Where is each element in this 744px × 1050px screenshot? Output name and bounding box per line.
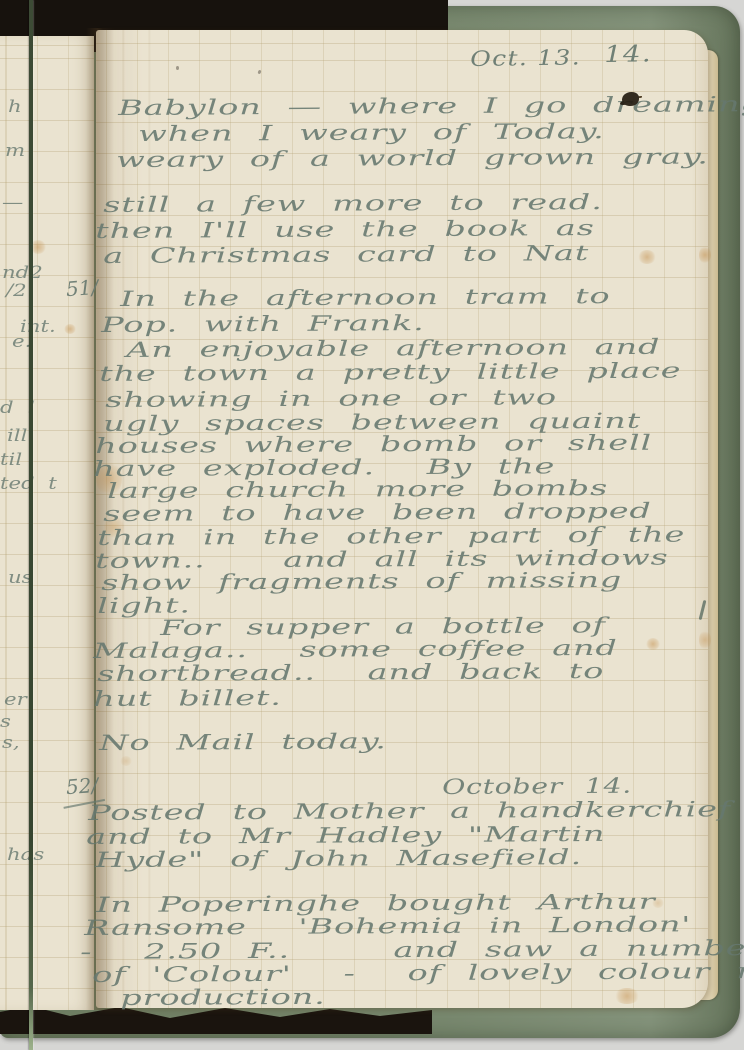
handwriting-line: houses where bomb or shell	[95, 431, 652, 458]
handwriting-line: light.	[97, 593, 191, 618]
margin-entry-number: 51/	[65, 275, 99, 301]
entry-date-header: Oct. 13.	[470, 45, 581, 71]
handwriting-line: shortbread.. and back to	[97, 659, 604, 686]
bookmark-string	[29, 0, 33, 1050]
handwriting-line: show fragments of missing	[101, 568, 622, 595]
handwriting-line: then I'll use the book as	[95, 216, 595, 243]
handwriting-line: Babylon — where I go dreaming	[118, 92, 744, 120]
facing-page-fragment: til	[0, 450, 22, 470]
handwriting-line: October 14.	[442, 774, 632, 799]
ink-blot	[622, 92, 639, 106]
facing-page-fragment: /2	[6, 281, 27, 301]
handwriting-line: seem to have been dropped	[103, 499, 652, 526]
handwriting-line: In the afternoon tram to	[120, 284, 611, 311]
handwriting-line: showing in one or two	[105, 385, 557, 412]
facing-page-fragment: s	[0, 712, 11, 732]
page-number: 14.	[604, 41, 652, 68]
facing-page-fragment: s,	[2, 733, 20, 753]
facing-page-fragment: —	[2, 193, 23, 213]
handwriting-line: the town a pretty little place	[99, 359, 681, 386]
facing-page-fragment: h	[8, 97, 22, 117]
handwriting-line: hut billet.	[93, 686, 282, 711]
photo-of-diary-page: { "document_type": "handwritten diary no…	[0, 0, 744, 1050]
facing-page-fragment: has	[7, 845, 44, 865]
handwriting-line: weary of a world grown gray.	[116, 144, 709, 172]
handwriting-line: when I weary of Today.	[138, 119, 605, 146]
handwriting-line: Pop. with Frank.	[101, 311, 425, 337]
facing-page-fragment: m	[5, 141, 25, 161]
margin-entry-number: 52/	[65, 773, 99, 799]
handwriting-line: of 'Colour' - of lovely colour re-	[92, 959, 744, 987]
handwriting-line: a Christmas card to Nat	[103, 241, 589, 268]
handwriting-line: Hyde" of John Masefield.	[95, 845, 582, 872]
facing-page-fragment: er	[4, 690, 27, 710]
handwriting-line: No Mail today.	[99, 729, 387, 755]
handwriting-layer: Oct. 13. 14. 51/52/ Babylon — where I go…	[0, 0, 744, 1050]
handwriting-line: production.	[120, 985, 326, 1010]
handwriting-line: still a few more to read.	[103, 190, 603, 217]
handwriting-line: An enjoyable afternoon and	[126, 335, 660, 362]
handwriting-line: Posted to Mother a handkerchief	[88, 797, 731, 825]
facing-page-fragment: nd2	[2, 263, 43, 283]
